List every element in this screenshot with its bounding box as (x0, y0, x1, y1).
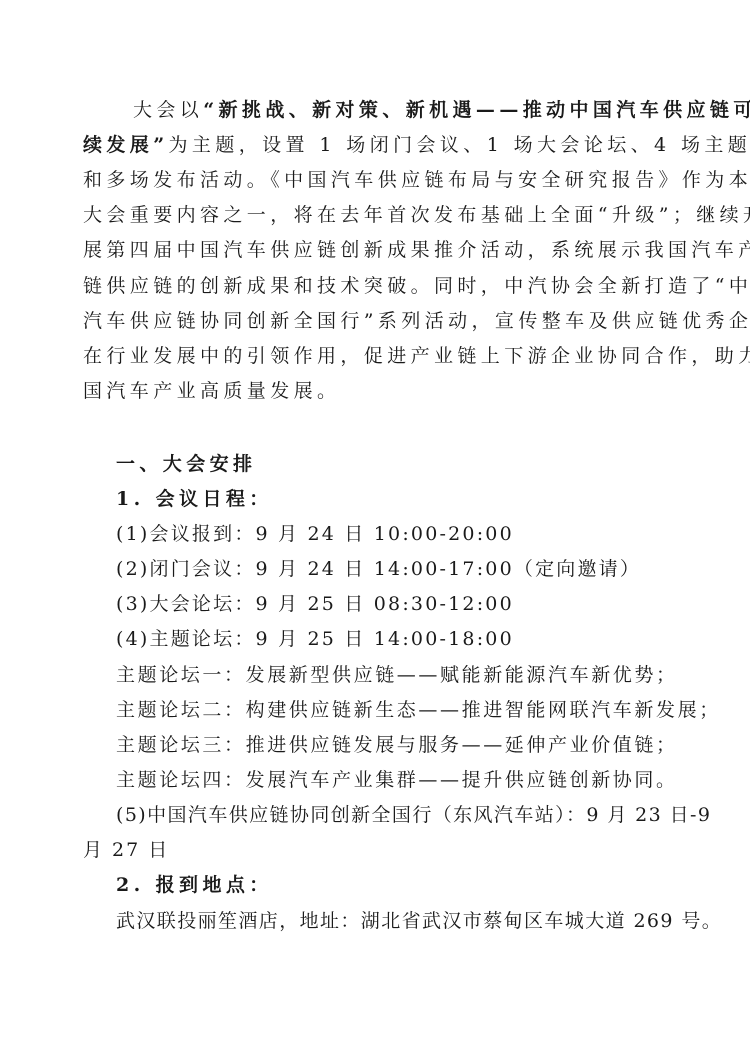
intro-line: 国汽车产业高质量发展。 (83, 379, 340, 403)
forum-item: 主题论坛一：发展新型供应链——赋能新能源汽车新优势； (116, 663, 678, 687)
schedule-item: (4)主题论坛：9 月 25 日 14:00-18:00 (116, 627, 514, 651)
intro-line: 汽车供应链协同创新全国行”系列活动，宣传整车及供应链优秀企业 (83, 309, 750, 333)
theme-title-bold: 续发展” (83, 134, 169, 156)
schedule-item: (3)大会论坛：9 月 25 日 08:30-12:00 (116, 592, 514, 616)
forum-item: 主题论坛三：推进供应链发展与服务——延伸产业价值链； (116, 733, 678, 757)
theme-title-bold: “新挑战、新对策、新机遇——推动中国汽车供应链可持 (203, 99, 750, 121)
intro-line: 链供应链的创新成果和技术突破。同时，中汽协会全新打造了“中国 (83, 274, 750, 298)
intro-line: 展第四届中国汽车供应链创新成果推介活动，系统展示我国汽车产业 (83, 238, 750, 262)
address-text: 武汉联投丽笙酒店，地址：湖北省武汉市蔡甸区车城大道 269 号。 (116, 909, 722, 933)
intro-line: 和多场发布活动。《中国汽车供应链布局与安全研究报告》作为本届 (83, 168, 750, 192)
subsection-location: 2. 报到地点： (116, 873, 273, 897)
intro-line: 在行业发展中的引领作用，促进产业链上下游企业协同合作，助力中 (83, 344, 750, 368)
subsection-schedule: 1. 会议日程： (116, 487, 273, 511)
intro-line: 大会以“新挑战、新对策、新机遇——推动中国汽车供应链可持 (133, 98, 750, 122)
schedule-item-5-cont: 月 27 日 (83, 838, 169, 862)
intro-line: 续发展”为主题，设置 1 场闭门会议、1 场大会论坛、4 场主题论坛 (83, 133, 750, 157)
forum-item: 主题论坛二：构建供应链新生态——推进智能网联汽车新发展； (116, 698, 721, 722)
schedule-item: (1)会议报到：9 月 24 日 10:00-20:00 (116, 522, 514, 546)
section-heading: 一、大会安排 (116, 452, 256, 476)
schedule-item-5: (5)中国汽车供应链协同创新全国行（东风汽车站）：9 月 23 日-9 (116, 803, 711, 827)
schedule-item: (2)闭门会议：9 月 24 日 14:00-17:00（定向邀请） (116, 557, 641, 581)
intro-line: 大会重要内容之一，将在去年首次发布基础上全面“升级”；继续开 (83, 203, 750, 227)
forum-item: 主题论坛四：发展汽车产业集群——提升供应链创新协同。 (116, 768, 678, 792)
